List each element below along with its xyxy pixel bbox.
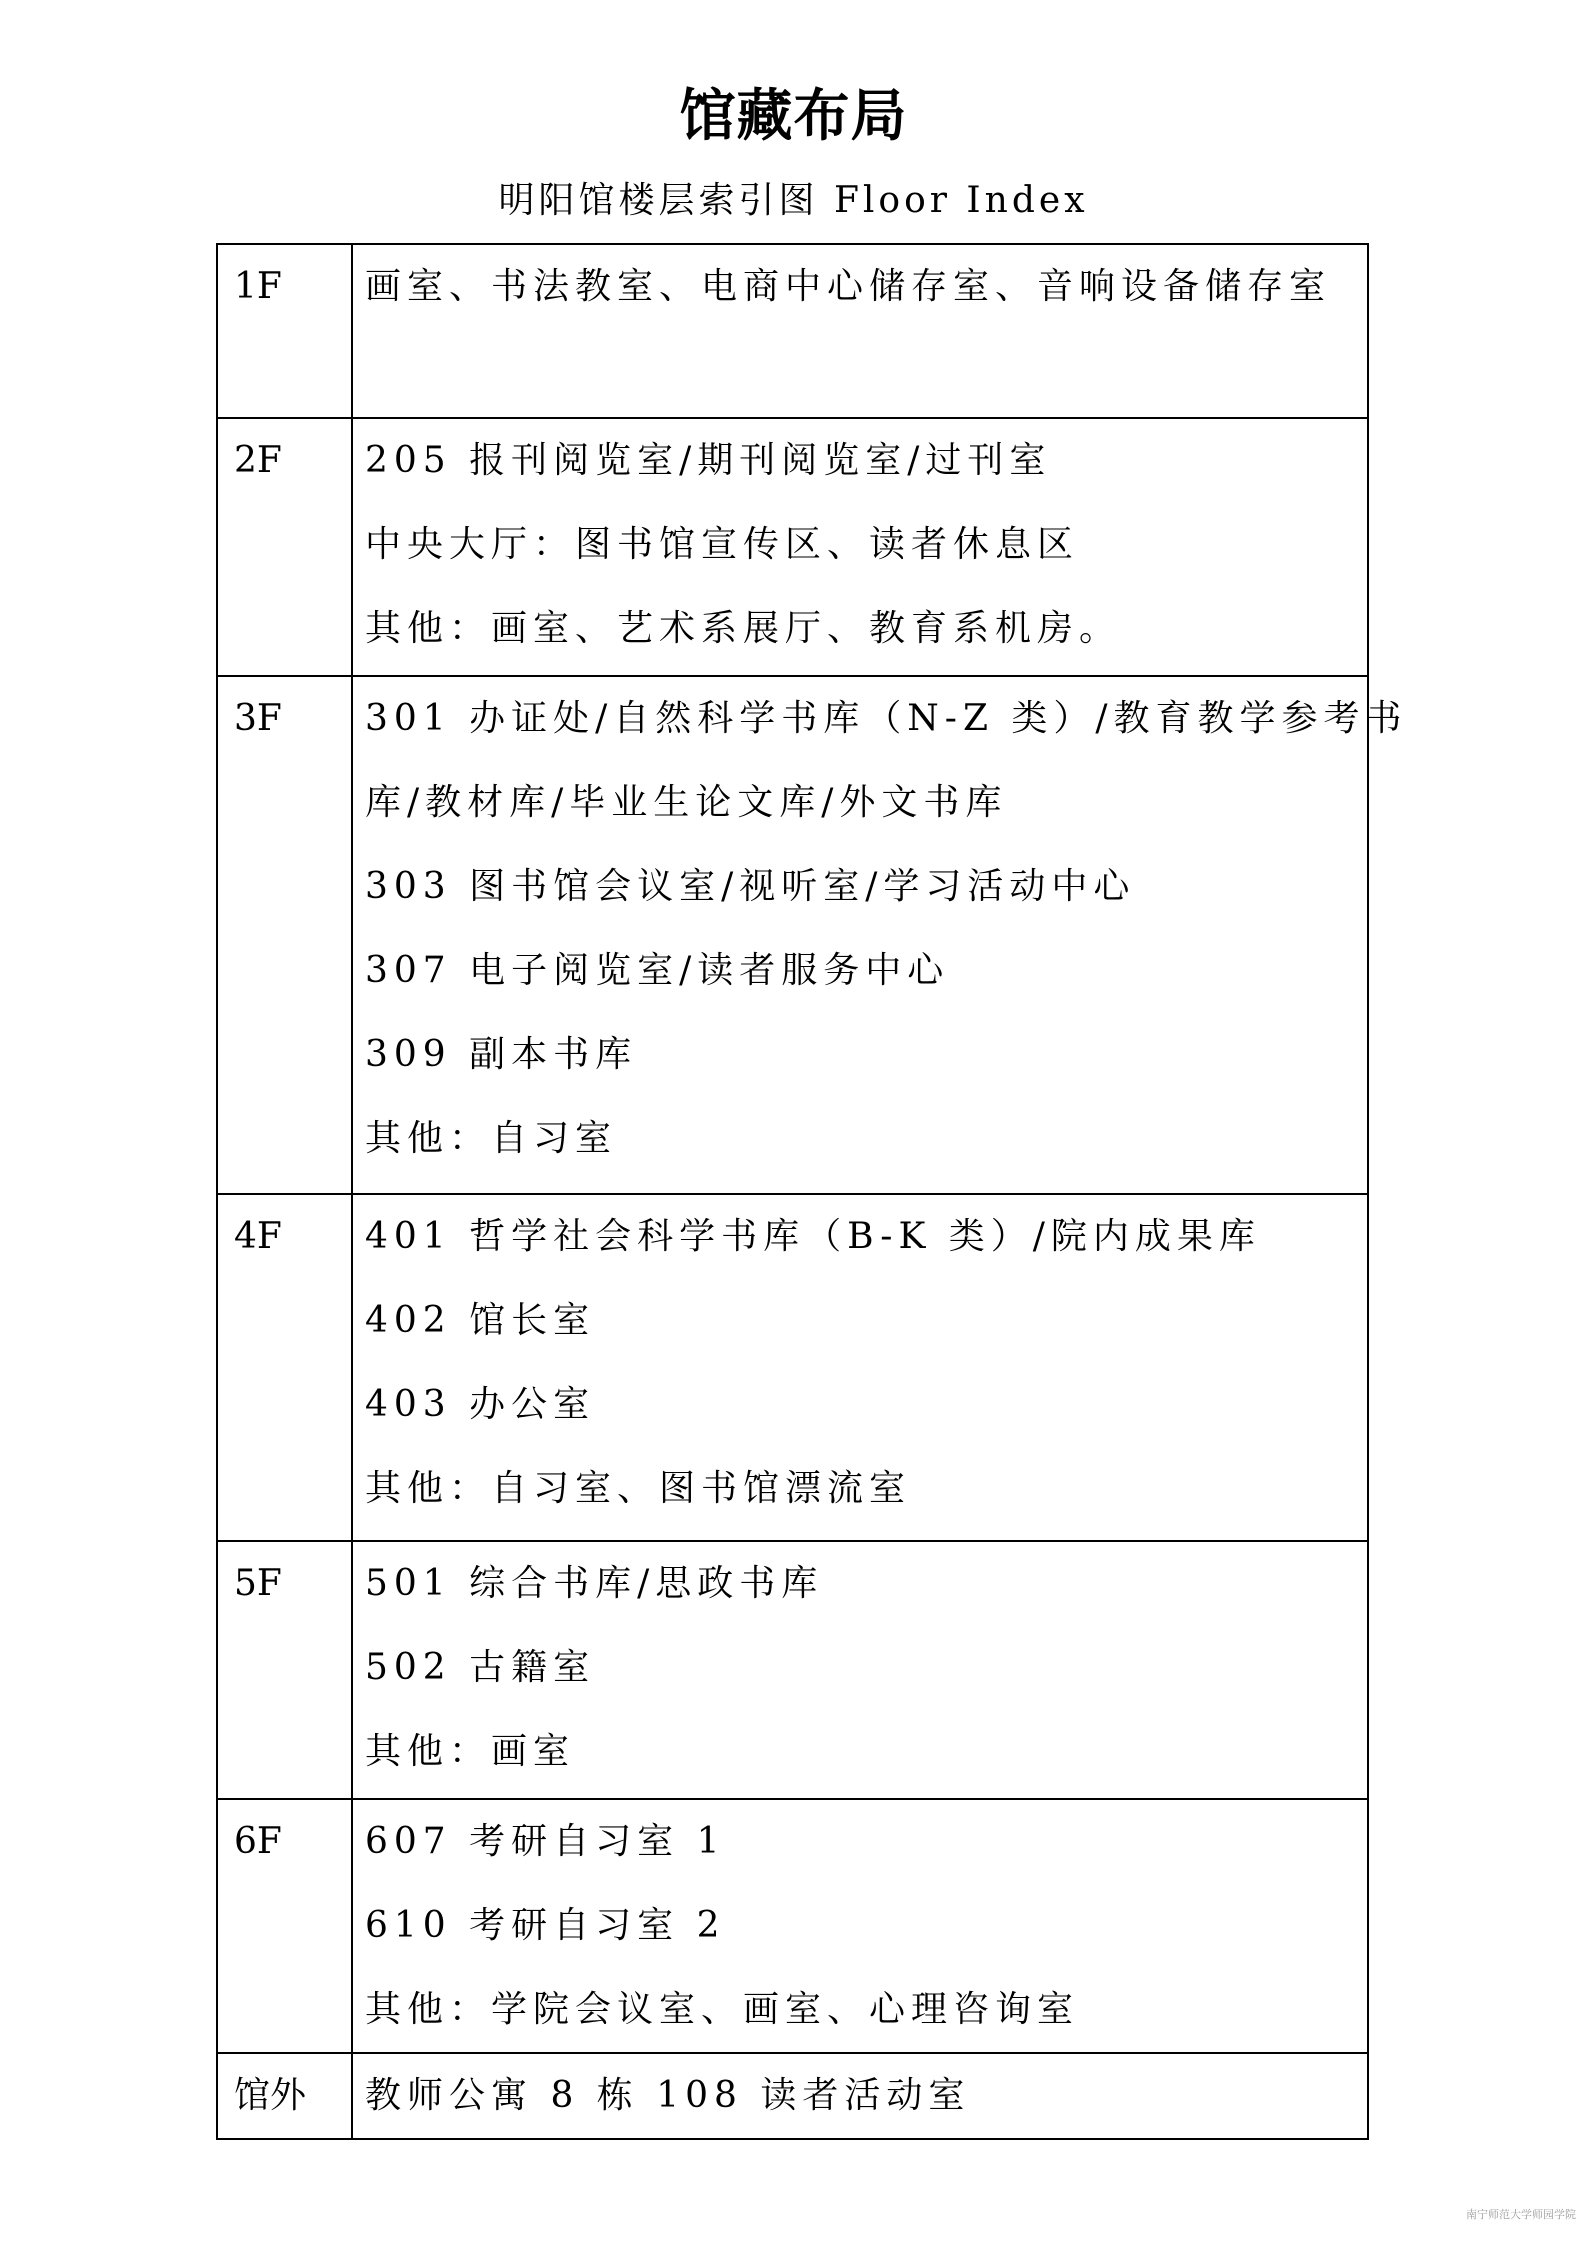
room-line: 中央大厅：图书馆宣传区、读者休息区	[365, 503, 1367, 587]
floor-label-cell: 4F	[217, 1194, 352, 1541]
room-line: 其他：自习室、图书馆漂流室	[365, 1447, 1367, 1531]
room-line: 403 办公室	[365, 1363, 1367, 1447]
room-line: 其他：学院会议室、画室、心理咨询室	[365, 1968, 1367, 2052]
rooms-cell: 画室、书法教室、电商中心储存室、音响设备储存室	[352, 244, 1368, 418]
room-line: 其他：自习室	[365, 1097, 1367, 1181]
page-subtitle: 明阳馆楼层索引图 Floor Index	[0, 176, 1587, 226]
floor-label-cell: 2F	[217, 418, 352, 676]
rooms-cell: 教师公寓 8 栋 108 读者活动室	[352, 2053, 1368, 2139]
floor-label-cell: 3F	[217, 676, 352, 1194]
room-line: 501 综合书库/思政书库	[365, 1542, 1367, 1626]
floor-label-cell: 5F	[217, 1541, 352, 1799]
room-line: 303 图书馆会议室/视听室/学习活动中心	[365, 845, 1367, 929]
rooms-cell: 301 办证处/自然科学书库（N-Z 类）/教育教学参考书 库/教材库/毕业生论…	[352, 676, 1368, 1194]
table-row-6f: 6F 607 考研自习室 1 610 考研自习室 2 其他：学院会议室、画室、心…	[217, 1799, 1368, 2053]
room-line: 205 报刊阅览室/期刊阅览室/过刊室	[365, 419, 1367, 503]
room-line: 610 考研自习室 2	[365, 1884, 1367, 1968]
floor-label-cell: 馆外	[217, 2053, 352, 2139]
rooms-cell: 401 哲学社会科学书库（B-K 类）/院内成果库 402 馆长室 403 办公…	[352, 1194, 1368, 1541]
room-line: 402 馆长室	[365, 1279, 1367, 1363]
floor-index-table: 1F 画室、书法教室、电商中心储存室、音响设备储存室 2F 205 报刊阅览室/…	[216, 243, 1369, 2140]
floor-label: 4F	[234, 1195, 351, 1279]
room-line: 309 副本书库	[365, 1013, 1367, 1097]
table-row-4f: 4F 401 哲学社会科学书库（B-K 类）/院内成果库 402 馆长室 403…	[217, 1194, 1368, 1541]
room-line: 其他：画室	[365, 1710, 1367, 1794]
room-line: 其他：画室、艺术系展厅、教育系机房。	[365, 587, 1367, 671]
floor-label: 1F	[234, 245, 351, 329]
room-line: 教师公寓 8 栋 108 读者活动室	[365, 2054, 1367, 2138]
room-line: 502 古籍室	[365, 1626, 1367, 1710]
table-row-5f: 5F 501 综合书库/思政书库 502 古籍室 其他：画室	[217, 1541, 1368, 1799]
floor-label: 6F	[234, 1800, 351, 1884]
table-row-1f: 1F 画室、书法教室、电商中心储存室、音响设备储存室	[217, 244, 1368, 418]
floor-label: 馆外	[234, 2054, 351, 2138]
table-row-2f: 2F 205 报刊阅览室/期刊阅览室/过刊室 中央大厅：图书馆宣传区、读者休息区…	[217, 418, 1368, 676]
rooms-cell: 501 综合书库/思政书库 502 古籍室 其他：画室	[352, 1541, 1368, 1799]
watermark: 南宁师范大学师园学院	[1466, 2206, 1576, 2222]
floor-label-cell: 1F	[217, 244, 352, 418]
floor-label: 2F	[234, 419, 351, 503]
room-line: 307 电子阅览室/读者服务中心	[365, 929, 1367, 1013]
room-line: 607 考研自习室 1	[365, 1800, 1367, 1884]
table-row-outside: 馆外 教师公寓 8 栋 108 读者活动室	[217, 2053, 1368, 2139]
floor-label: 5F	[234, 1542, 351, 1626]
room-line: 301 办证处/自然科学书库（N-Z 类）/教育教学参考书	[365, 677, 1367, 761]
rooms-cell: 607 考研自习室 1 610 考研自习室 2 其他：学院会议室、画室、心理咨询…	[352, 1799, 1368, 2053]
table-row-3f: 3F 301 办证处/自然科学书库（N-Z 类）/教育教学参考书 库/教材库/毕…	[217, 676, 1368, 1194]
room-line: 401 哲学社会科学书库（B-K 类）/院内成果库	[365, 1195, 1367, 1279]
floor-label: 3F	[234, 677, 351, 761]
room-line: 库/教材库/毕业生论文库/外文书库	[365, 761, 1367, 845]
rooms-cell: 205 报刊阅览室/期刊阅览室/过刊室 中央大厅：图书馆宣传区、读者休息区 其他…	[352, 418, 1368, 676]
room-line: 画室、书法教室、电商中心储存室、音响设备储存室	[365, 245, 1367, 329]
page-title: 馆藏布局	[0, 82, 1587, 152]
floor-label-cell: 6F	[217, 1799, 352, 2053]
